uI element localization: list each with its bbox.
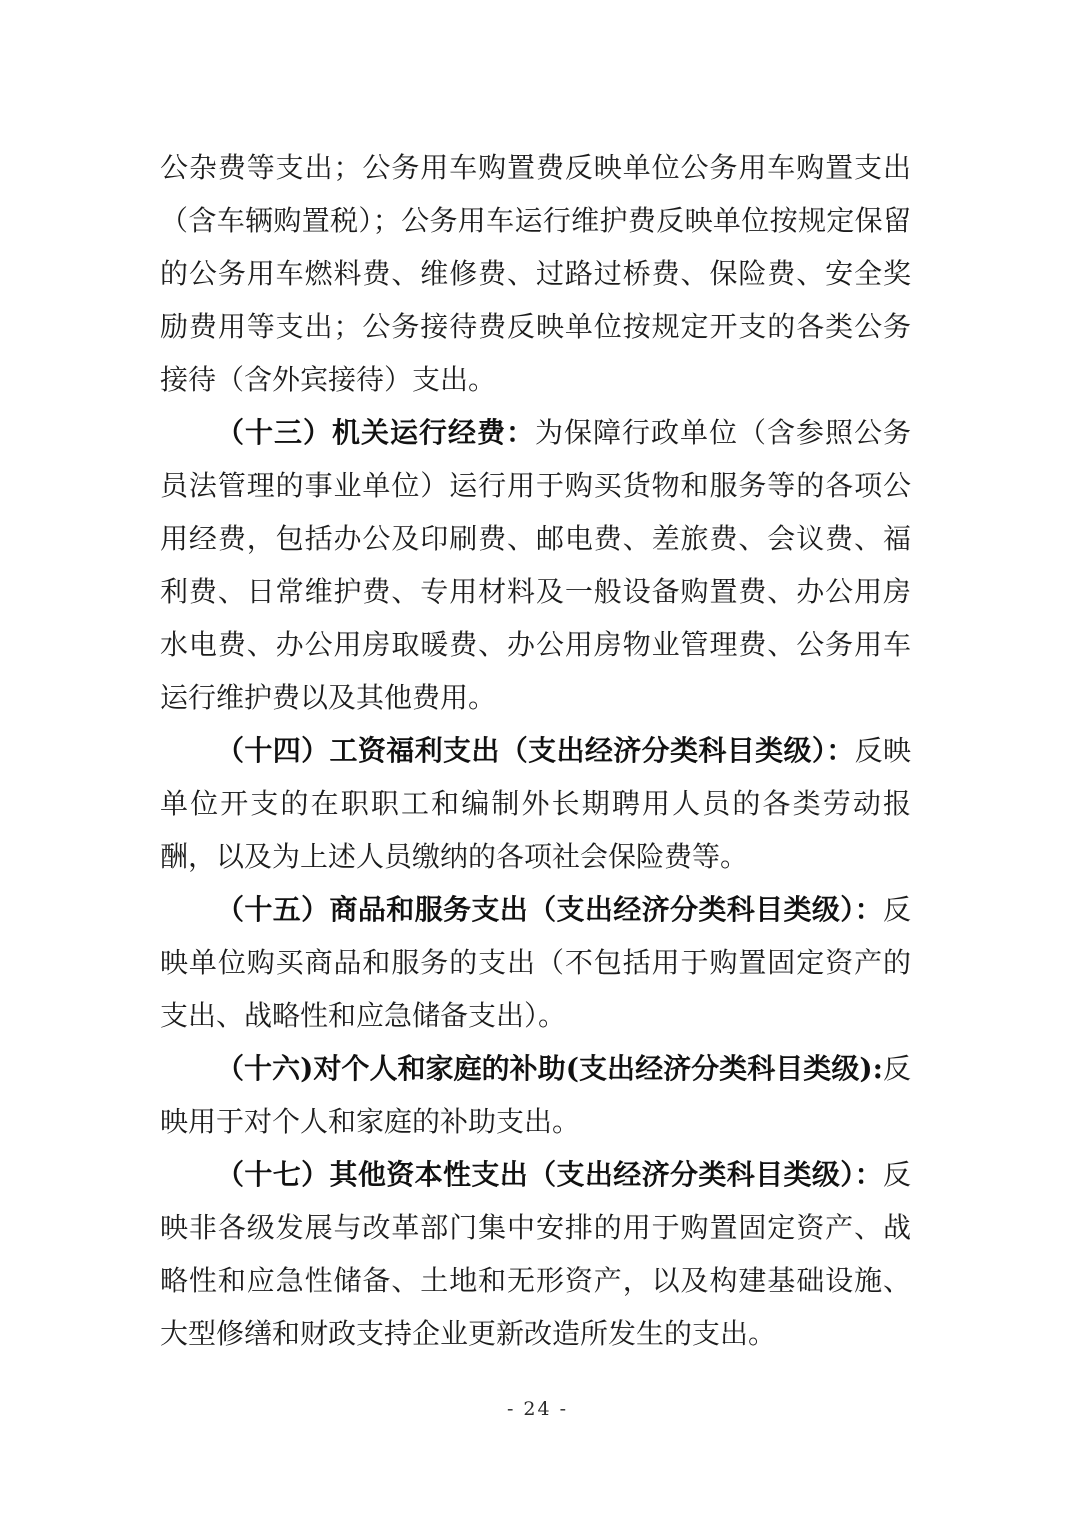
- paragraph-continuation: 公杂费等支出；公务用车购置费反映单位公务用车购置支出（含车辆购置税）；公务用车运…: [160, 141, 911, 406]
- section-heading-14: （十四）工资福利支出（支出经济分类科目类级）：: [216, 734, 855, 767]
- section-heading-15: （十五）商品和服务支出（支出经济分类科目类级）：: [216, 893, 883, 926]
- document-body: 公杂费等支出；公务用车购置费反映单位公务用车购置支出（含车辆购置税）；公务用车运…: [160, 141, 911, 1360]
- paragraph-text: 为保障行政单位（含参照公务员法管理的事业单位）运行用于购买货物和服务等的各项公用…: [160, 416, 911, 714]
- paragraph-section-14: （十四）工资福利支出（支出经济分类科目类级）：反映单位开支的在职职工和编制外长期…: [160, 724, 911, 883]
- paragraph-section-15: （十五）商品和服务支出（支出经济分类科目类级）：反映单位购买商品和服务的支出（不…: [160, 883, 911, 1042]
- paragraph-section-17: （十七）其他资本性支出（支出经济分类科目类级）：反映非各级发展与改革部门集中安排…: [160, 1148, 911, 1360]
- paragraph-section-13: （十三）机关运行经费：为保障行政单位（含参照公务员法管理的事业单位）运行用于购买…: [160, 406, 911, 724]
- paragraph-text: 公杂费等支出；公务用车购置费反映单位公务用车购置支出（含车辆购置税）；公务用车运…: [160, 151, 911, 396]
- paragraph-section-16: （十六)对个人和家庭的补助(支出经济分类科目类级):反映用于对个人和家庭的补助支…: [160, 1042, 911, 1148]
- section-heading-13: （十三）机关运行经费：: [216, 416, 535, 449]
- page-footer: - 24 -: [0, 1398, 1075, 1420]
- page-number: - 24 -: [507, 1398, 568, 1420]
- section-heading-17: （十七）其他资本性支出（支出经济分类科目类级）：: [216, 1158, 883, 1191]
- document-page: 公杂费等支出；公务用车购置费反映单位公务用车购置支出（含车辆购置税）；公务用车运…: [0, 0, 1075, 1520]
- section-heading-16: （十六)对个人和家庭的补助(支出经济分类科目类级):: [216, 1052, 883, 1085]
